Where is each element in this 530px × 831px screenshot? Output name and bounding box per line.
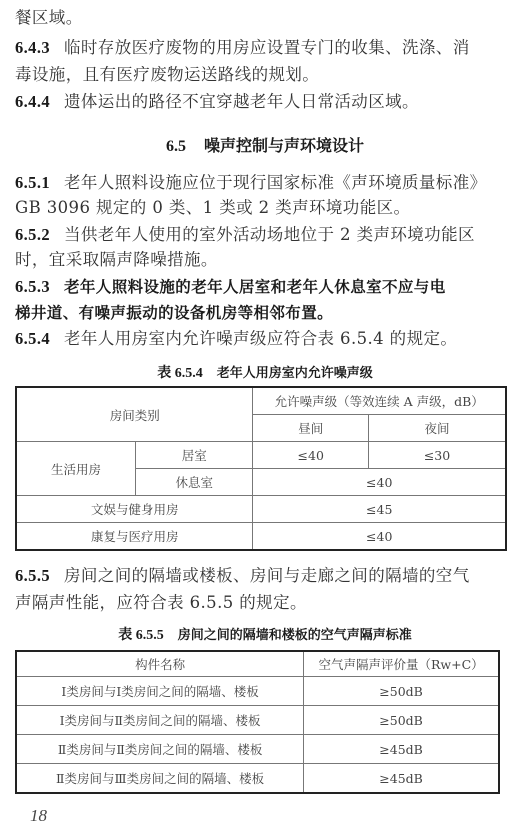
caption-title: 房间之间的隔墙和楼板的空气声隔声标准 bbox=[178, 628, 412, 643]
clause-text-mandatory: 老年人照料设施的老年人居室和老年人休息室不应与电 bbox=[64, 278, 446, 296]
rating-value: ≥45dB bbox=[304, 735, 499, 764]
caption-number: 表 6.5.5 bbox=[118, 628, 164, 643]
rating-value: ≥50dB bbox=[304, 706, 499, 735]
table-row: Ⅰ类房间与Ⅰ类房间之间的隔墙、楼板 ≥50dB bbox=[16, 677, 499, 706]
header-room-type: 房间类别 bbox=[16, 387, 253, 442]
clause-6-5-1-cont: GB 3096 规定的 0 类、1 类或 2 类声环境功能区。 bbox=[15, 198, 410, 218]
restroom: 休息室 bbox=[135, 469, 252, 496]
section-number: 6.5 bbox=[166, 138, 186, 155]
header-rating: 空气声隔声评价量（Rw+C） bbox=[304, 651, 499, 677]
paragraph-continuation: 餐区域。 bbox=[15, 8, 83, 28]
medical-rooms: 康复与医疗用房 bbox=[16, 523, 253, 551]
caption-number: 表 6.5.4 bbox=[157, 366, 203, 381]
component-name: Ⅰ类房间与Ⅱ类房间之间的隔墙、楼板 bbox=[16, 706, 304, 735]
section-title: 噪声控制与声环境设计 bbox=[204, 136, 364, 155]
header-component: 构件名称 bbox=[16, 651, 304, 677]
clause-number: 6.4.3 bbox=[15, 38, 50, 57]
entertainment-value: ≤45 bbox=[253, 496, 506, 523]
clause-number: 6.5.3 bbox=[15, 277, 50, 296]
clause-6-4-3: 6.4.3临时存放医疗废物的用房应设置专门的收集、洗涤、消 bbox=[15, 38, 470, 58]
table-6-5-5-caption: 表 6.5.5房间之间的隔墙和楼板的空气声隔声标准 bbox=[0, 624, 530, 644]
table-row: Ⅰ类房间与Ⅱ类房间之间的隔墙、楼板 ≥50dB bbox=[16, 706, 499, 735]
restroom-value: ≤40 bbox=[253, 469, 506, 496]
clause-6-5-3-cont: 梯井道、有噪声振动的设备机房等相邻布置。 bbox=[15, 303, 333, 323]
clause-6-5-4: 6.5.4老年人用房室内允许噪声级应符合表 6.5.4 的规定。 bbox=[15, 329, 457, 349]
table-row: Ⅱ类房间与Ⅲ类房间之间的隔墙、楼板 ≥45dB bbox=[16, 764, 499, 794]
clause-number: 6.5.5 bbox=[15, 566, 50, 585]
table-6-5-4: 房间类别 允许噪声级（等效连续 A 声级，dB） 昼间 夜间 生活用房 居室 ≤… bbox=[15, 386, 507, 551]
bedroom: 居室 bbox=[135, 442, 252, 469]
clause-6-4-4: 6.4.4遗体运出的路径不宜穿越老年人日常活动区域。 bbox=[15, 92, 419, 112]
bedroom-day: ≤40 bbox=[253, 442, 369, 469]
clause-6-5-3: 6.5.3老年人照料设施的老年人居室和老年人休息室不应与电 bbox=[15, 277, 446, 297]
bedroom-night: ≤30 bbox=[369, 442, 506, 469]
table-row: Ⅱ类房间与Ⅱ类房间之间的隔墙、楼板 ≥45dB bbox=[16, 735, 499, 764]
clause-number: 6.4.4 bbox=[15, 92, 50, 111]
rating-value: ≥45dB bbox=[304, 764, 499, 794]
clause-text: 老年人照料设施应位于现行国家标准《声环境质量标准》 bbox=[64, 173, 487, 192]
clause-number: 6.5.2 bbox=[15, 225, 50, 244]
clause-number: 6.5.4 bbox=[15, 329, 50, 348]
table-6-5-4-caption: 表 6.5.4老年人用房室内允许噪声级 bbox=[0, 362, 530, 382]
clause-6-5-5: 6.5.5房间之间的隔墙或楼板、房间与走廊之间的隔墙的空气 bbox=[15, 566, 470, 586]
clause-6-5-2: 6.5.2当供老年人使用的室外活动场地位于 2 类声环境功能区 bbox=[15, 225, 475, 245]
clause-text: 当供老年人使用的室外活动场地位于 2 类声环境功能区 bbox=[64, 225, 475, 244]
header-night: 夜间 bbox=[369, 415, 506, 442]
clause-text: 临时存放医疗废物的用房应设置专门的收集、洗涤、消 bbox=[64, 38, 470, 57]
clause-text: 遗体运出的路径不宜穿越老年人日常活动区域。 bbox=[64, 92, 419, 111]
header-day: 昼间 bbox=[253, 415, 369, 442]
header-allowed-noise: 允许噪声级（等效连续 A 声级，dB） bbox=[253, 387, 506, 415]
table-6-5-5: 构件名称 空气声隔声评价量（Rw+C） Ⅰ类房间与Ⅰ类房间之间的隔墙、楼板 ≥5… bbox=[15, 650, 500, 794]
clause-text: 老年人用房室内允许噪声级应符合表 6.5.4 的规定。 bbox=[64, 329, 457, 348]
clause-6-5-5-cont: 声隔声性能，应符合表 6.5.5 的规定。 bbox=[15, 593, 307, 613]
component-name: Ⅰ类房间与Ⅰ类房间之间的隔墙、楼板 bbox=[16, 677, 304, 706]
caption-title: 老年人用房室内允许噪声级 bbox=[217, 366, 373, 381]
clause-6-5-1: 6.5.1老年人照料设施应位于现行国家标准《声环境质量标准》 bbox=[15, 173, 487, 193]
clause-text: 房间之间的隔墙或楼板、房间与走廊之间的隔墙的空气 bbox=[64, 566, 470, 585]
section-heading: 6.5噪声控制与声环境设计 bbox=[0, 133, 530, 156]
medical-value: ≤40 bbox=[253, 523, 506, 551]
component-name: Ⅱ类房间与Ⅲ类房间之间的隔墙、楼板 bbox=[16, 764, 304, 794]
clause-6-5-2-cont: 时，宜采取隔声降噪措施。 bbox=[15, 250, 218, 270]
clause-number: 6.5.1 bbox=[15, 173, 50, 192]
living-rooms: 生活用房 bbox=[16, 442, 135, 496]
page-number: 18 bbox=[30, 806, 47, 826]
clause-6-4-3-cont: 毒设施，且有医疗废物运送路线的规划。 bbox=[15, 65, 319, 85]
entertainment-rooms: 文娱与健身用房 bbox=[16, 496, 253, 523]
rating-value: ≥50dB bbox=[304, 677, 499, 706]
component-name: Ⅱ类房间与Ⅱ类房间之间的隔墙、楼板 bbox=[16, 735, 304, 764]
